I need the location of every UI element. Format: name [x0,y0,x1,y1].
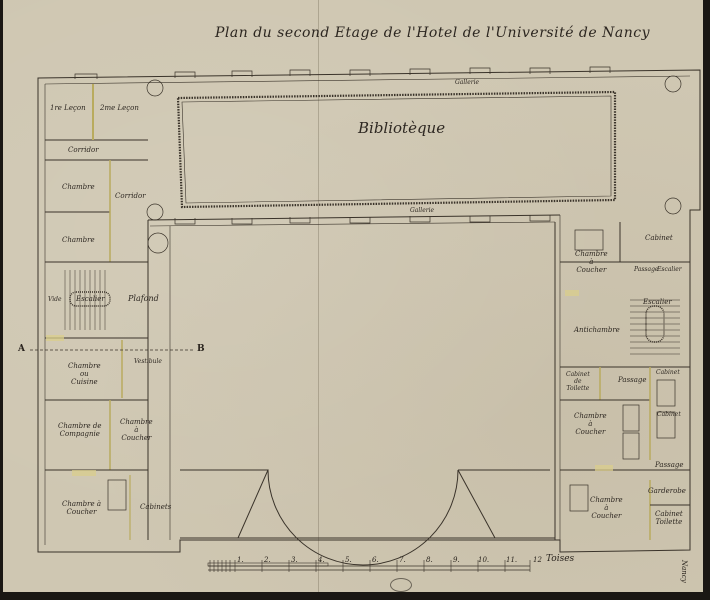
room-label-second-lesson: 2me Leçon [100,104,139,112]
section-marker-b: B [197,344,205,354]
room-label-corridor-1: Corridor [68,146,99,154]
room-label-escalier-east: Escalier [643,298,672,306]
room-label-gallery-south: Gallerie [410,208,434,215]
scale-tick-8: 8. [426,556,433,564]
room-label-gallery-north: Gallerie [455,80,479,87]
scale-tick-3: 3. [291,556,298,564]
scale-tick-2: 2. [264,556,271,564]
room-label-chambre-compagnie: Chambre de Compagnie [58,422,102,438]
section-marker-a: A [18,344,25,354]
scale-tick-12: 12 [533,556,542,564]
scale-tick-6: 6. [372,556,379,564]
room-label-chambre-1: Chambre [62,183,95,191]
room-label-cabinet-northeast: Cabinet [645,234,673,242]
room-label-vide: Vide [48,297,62,304]
room-label-chambre-coucher-west: Chambre à Coucher [120,418,153,442]
scale-tick-1: 1. [237,556,244,564]
room-label-passage-southeast: Passage [655,461,684,469]
room-label-escalier-west: Escalier [76,295,105,303]
room-label-chambre-cuisine: Chambre ou Cuisine [68,362,101,386]
room-label-chambre-coucher-southeast: Chambre à Coucher [590,496,623,520]
room-label-chambre-2: Chambre [62,236,95,244]
scale-tick-10: 10. [478,556,489,564]
scale-tick-9: 9. [453,556,460,564]
room-label-chambre-coucher-northeast: Chambre à Coucher [575,250,608,274]
room-label-plafond: Plafond [128,294,159,303]
room-label-cabinet-toilette-southeast: Cabinet Toilette [655,510,683,526]
room-label-escalier-northeast: Escalier [657,267,682,274]
scale-tick-4: 4. [318,556,325,564]
scale-tick-5: 5. [345,556,352,564]
room-label-passage-middle: Passage [618,376,647,384]
room-label-vestibule: Vestibule [134,359,162,366]
room-label-chambre-coucher-southwest: Chambre à Coucher [62,500,101,516]
room-label-cabinet-southwest: Cabinets [140,503,171,511]
room-label-garderobe: Garderobe [648,487,686,495]
margin-note: Nancy [680,560,688,583]
room-label-corridor-2: Corridor [115,192,146,200]
room-label-antichambre: Antichambre [574,326,620,334]
room-label-cabinet-east-1: Cabinet [656,370,680,377]
scale-tick-7: 7. [399,556,406,564]
scale-unit-label: Toises [546,554,574,564]
room-label-first-lesson: 1re Leçon [50,104,86,112]
room-label-passage-northeast: Passage [634,267,658,274]
room-label-cabinet-toilette: Cabinet de Toilette [566,372,590,393]
scale-tick-11: 11. [506,556,517,564]
room-label-chambre-coucher-east: Chambre à Coucher [574,412,607,436]
library-stamp [390,578,412,592]
room-label-library: Bibliotèque [358,120,445,137]
room-label-cabinet-east-2: Cabinet [657,412,681,419]
